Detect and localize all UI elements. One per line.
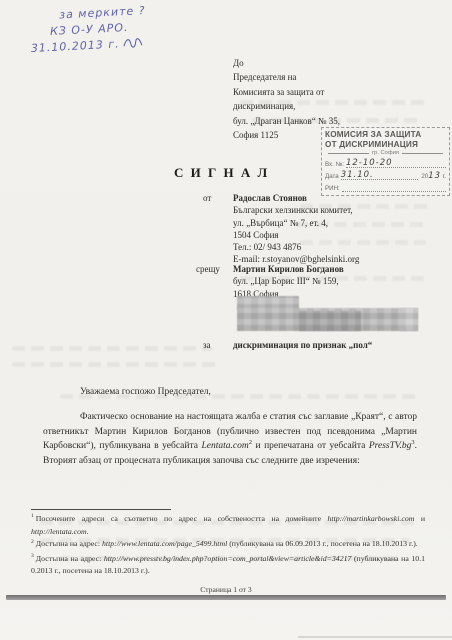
subject-label: за (196, 339, 233, 351)
signature-squiggle (121, 35, 144, 50)
footnote-3: 3Достъпна на адрес: http://www.presstv.b… (31, 553, 425, 578)
from-label: от (196, 192, 233, 266)
footnote-separator (31, 509, 171, 510)
respondent-block: срещу Мартин Кирилов Богданов бул. „Цар … (196, 263, 433, 300)
redacted-area (299, 311, 361, 331)
subject-block: за дискриминация по признак „пол“ (196, 339, 433, 351)
footnotes: 1Посочените адреси са съответно по адрес… (31, 513, 425, 578)
footnote-url: http://www.lentata.com/page_5499.html (102, 539, 227, 548)
website-name: Lentata.com (201, 441, 248, 451)
footnote-1: 1Посочените адреси са съответно по адрес… (31, 513, 425, 538)
footnote-2: 2Достъпна на адрес: http://www.lentata.c… (31, 538, 425, 551)
stamp-date-row: Дата 31.10. 2013 г. (325, 171, 446, 180)
stamp-entry-number-value: 12-10-20 (346, 158, 393, 168)
footnote-url: http://martinkarbowski.com (328, 514, 415, 523)
respondent-line: бул. „Цар Борис III“ № 159, (233, 275, 433, 287)
stamp-year-value: 13 (428, 171, 441, 181)
scan-edge-artifact (298, 636, 452, 638)
stamp-entry-number-row: Вх. №: 12-10-20 (325, 159, 446, 168)
stamp-city: гр. София (325, 150, 446, 156)
stamp-org-name: КОМИСИЯ ЗА ЗАЩИТА ОТ ДИСКРИМИНАЦИЯ (325, 130, 446, 149)
body-paragraph: Фактическо основание на настоящата жалба… (43, 410, 417, 469)
recipient-line: дискриминация, (233, 99, 340, 113)
handwritten-line: 31.10.2013 г. (30, 35, 147, 57)
salutation: Уважаема госпожо Председател, (80, 387, 211, 397)
respondent-name: Мартин Кирилов Богданов (233, 263, 433, 275)
complainant-line: 1504 София (233, 229, 433, 241)
complainant-line: Тел.: 02/ 943 4876 (233, 241, 433, 253)
website-name: PressTV.bg (369, 441, 412, 451)
recipient-line: Председателя на (233, 70, 340, 84)
bleedthrough-line (12, 362, 217, 367)
footnote-url: http://www.presstv.bg/index.php?option=c… (104, 554, 352, 563)
footnote-url: http://lentata.com (31, 527, 87, 536)
recipient-line: бул. „Драган Цанков“ № 35, (233, 114, 340, 128)
subject-text: дискриминация по признак „пол“ (233, 339, 433, 351)
complainant-line: Български хелзинкски комитет, (233, 204, 433, 216)
page-number: Страница 1 от 3 (0, 585, 452, 594)
recipient-line: Комисията за защита от (233, 85, 340, 99)
stamp-rin-row: РИН: (325, 183, 446, 192)
stamp-date-value: 31.10. (341, 170, 374, 180)
handwritten-annotation: за мерките ? КЗ О-У АРО. 31.10.2013 г. (29, 3, 148, 57)
recipient-line: До (233, 56, 340, 70)
bleedthrough-line (12, 346, 212, 351)
redacted-area (399, 308, 418, 331)
document-title: С И Г Н А Л (174, 165, 269, 181)
complainant-block: от Радослав Стоянов Български хелзинкски… (196, 192, 433, 266)
complainant-line: ул. „Върбица“ № 7, ет. 4, (233, 217, 433, 229)
registry-stamp: КОМИСИЯ ЗА ЗАЩИТА ОТ ДИСКРИМИНАЦИЯ гр. С… (321, 127, 450, 196)
scanned-complaint-page: за мерките ? КЗ О-У АРО. 31.10.2013 г. Д… (0, 0, 452, 640)
scan-edge-band (6, 595, 446, 600)
against-label: срещу (196, 263, 233, 300)
